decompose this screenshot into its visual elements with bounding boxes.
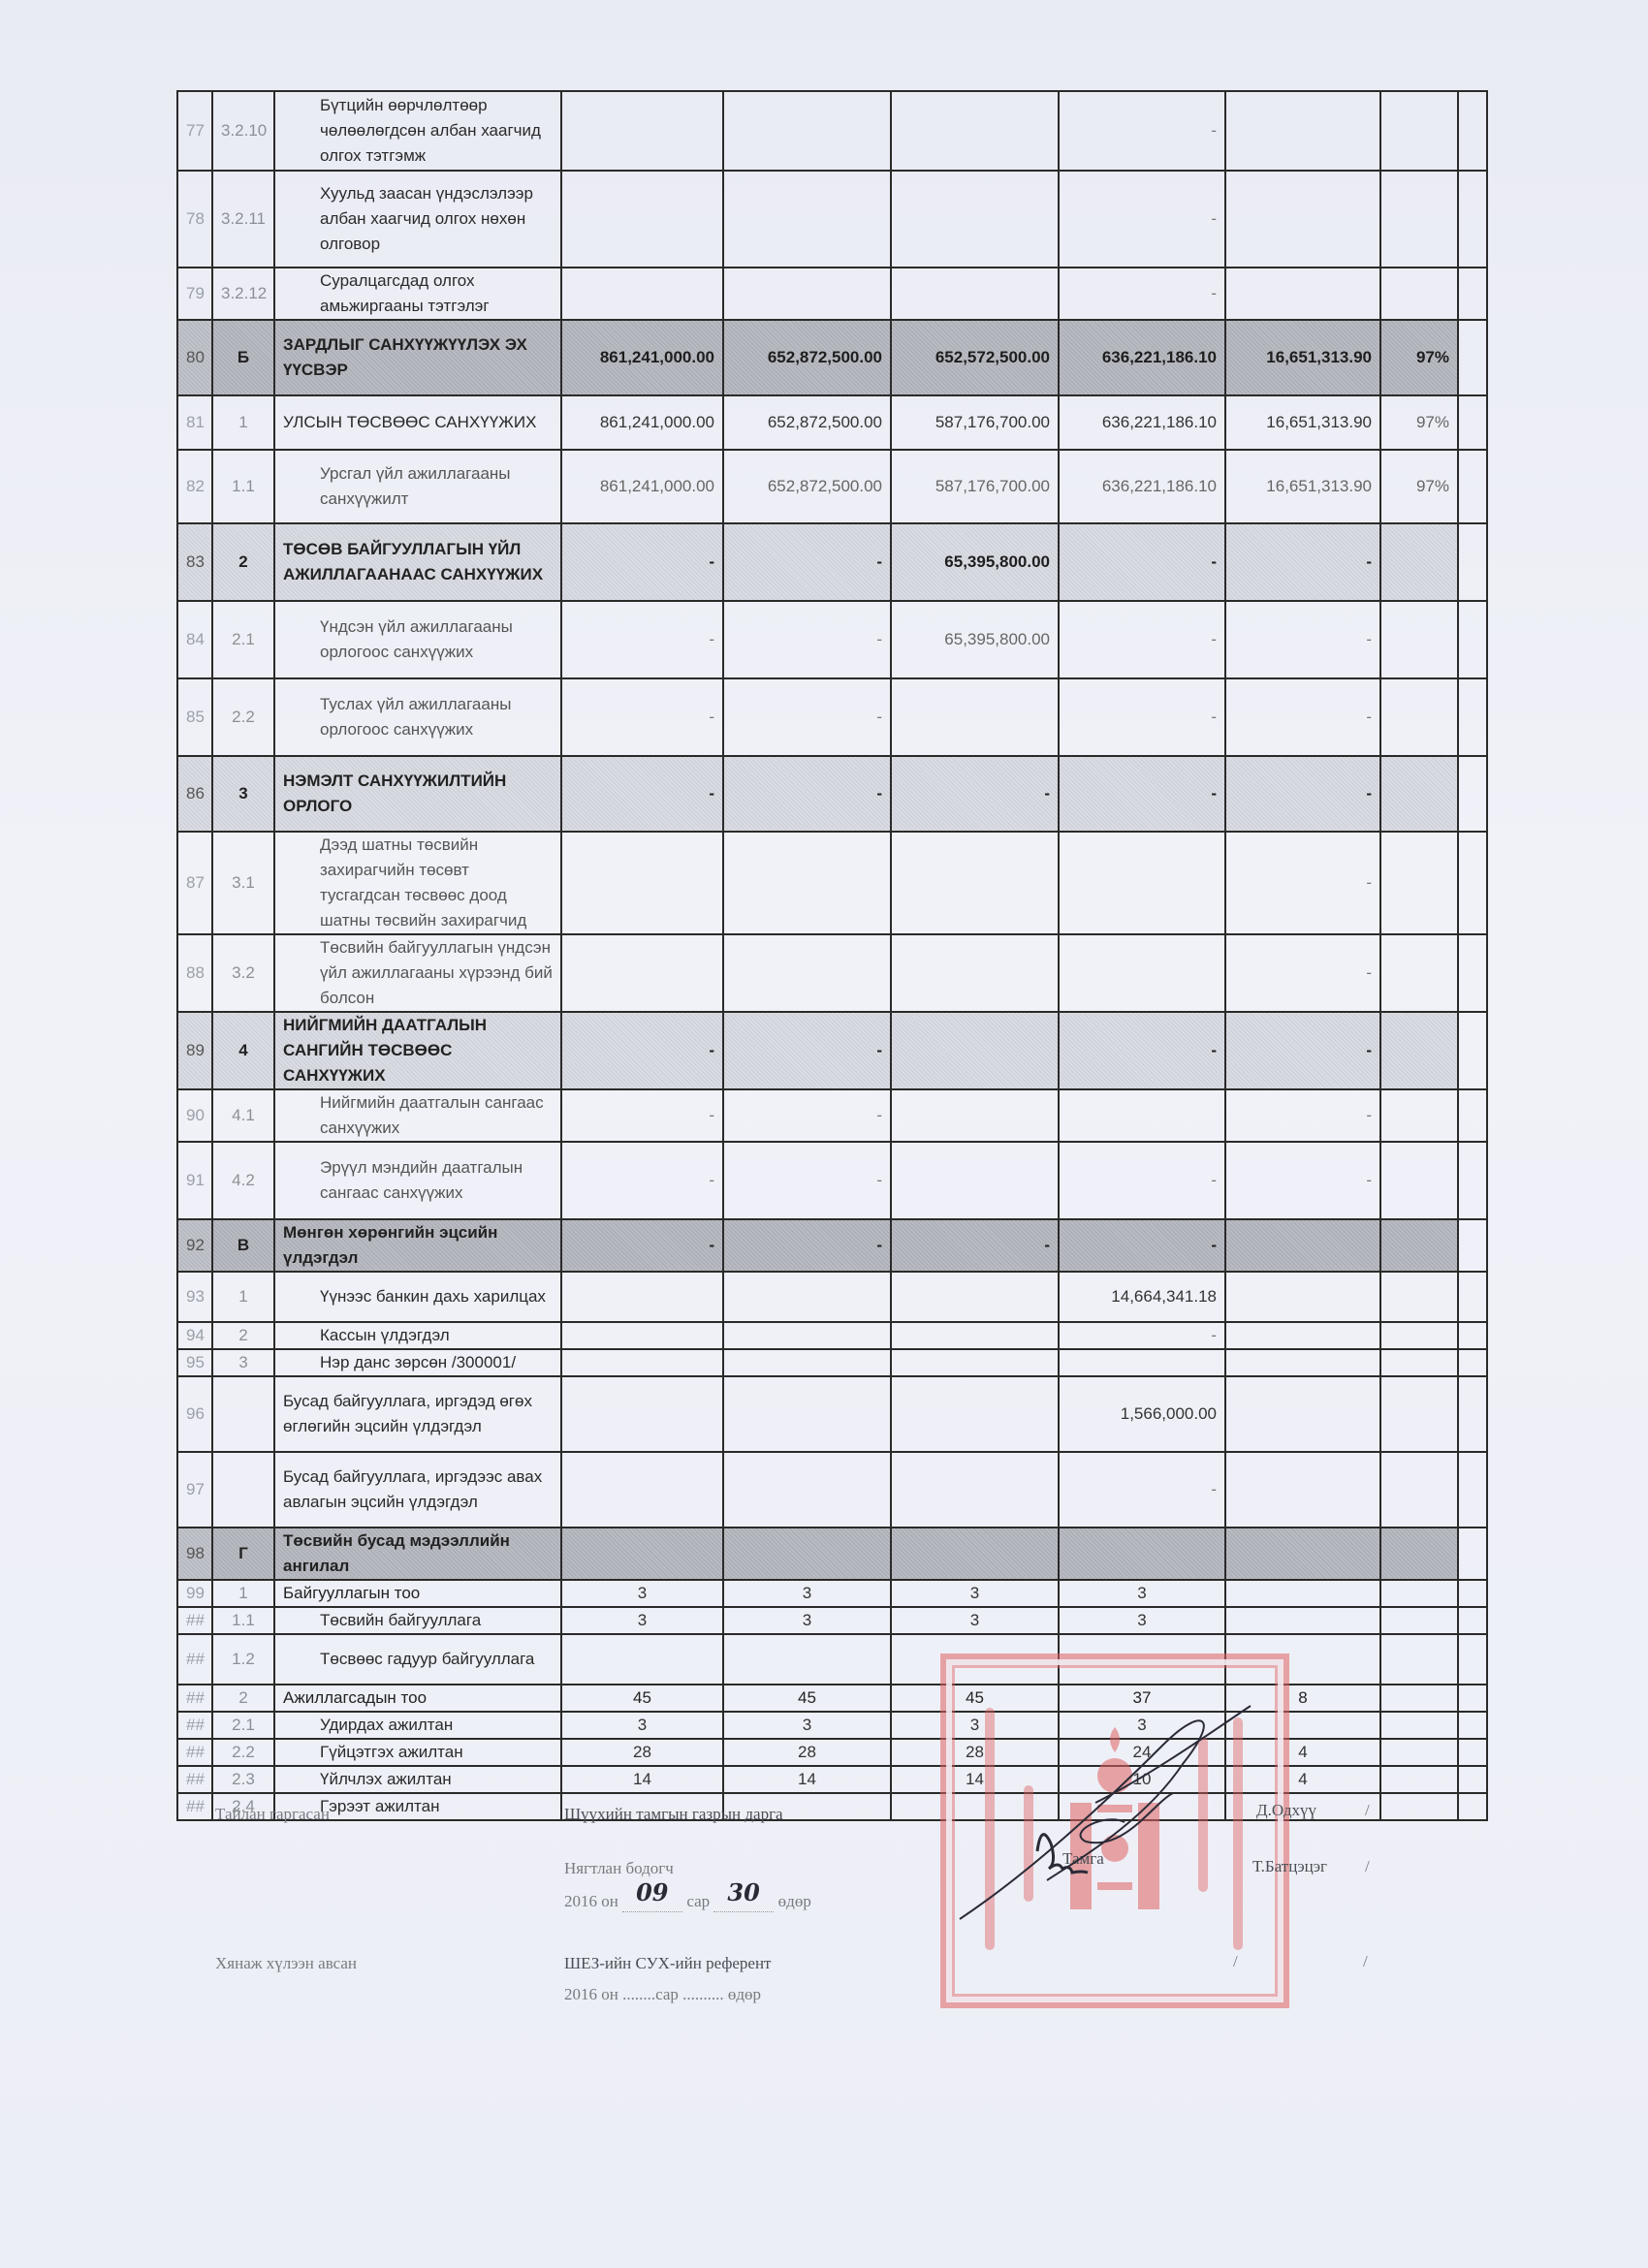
value-col-1 (561, 1793, 723, 1820)
line-description: Үндсэн үйл ажиллагааны орлогоос санхүүжи… (274, 601, 561, 678)
empty-column (1458, 1766, 1487, 1793)
value-col-1 (561, 1528, 723, 1580)
line-code: Г (212, 1528, 274, 1580)
table-row: 832ТӨСӨВ БАЙГУУЛЛАГЫН ҮЙЛ АЖИЛЛАГААНААС … (177, 523, 1487, 601)
value-col-5 (1225, 1322, 1380, 1349)
execution-percent (1380, 1376, 1458, 1452)
value-col-5 (1225, 91, 1380, 171)
execution-percent (1380, 268, 1458, 320)
value-col-1: - (561, 1142, 723, 1219)
execution-percent (1380, 1685, 1458, 1712)
value-col-5: - (1225, 1142, 1380, 1219)
value-col-2: 652,872,500.00 (723, 450, 891, 523)
value-col-2: - (723, 1089, 891, 1142)
value-col-3: 14 (891, 1766, 1059, 1793)
execution-percent (1380, 523, 1458, 601)
line-description: Бусад байгууллага, иргэдээс авах авлагын… (274, 1452, 561, 1528)
value-col-4: - (1059, 1012, 1225, 1089)
row-number: 89 (177, 1012, 212, 1089)
line-description: Төсвөөс гадуур байгууллага (274, 1634, 561, 1685)
line-code: 3 (212, 1349, 274, 1376)
line-description: ЗАРДЛЫГ САНХҮҮЖҮҮЛЭХ ЭХ ҮҮСВЭР (274, 320, 561, 395)
line-description: Төсвийн байгууллагын үндсэн үйл ажиллага… (274, 934, 561, 1012)
value-col-1 (561, 171, 723, 268)
empty-column (1458, 1012, 1487, 1089)
row-number: ## (177, 1793, 212, 1820)
execution-percent (1380, 1452, 1458, 1528)
value-col-3: - (891, 1219, 1059, 1272)
value-col-2 (723, 1376, 891, 1452)
empty-column (1458, 171, 1487, 268)
value-col-3: 3 (891, 1712, 1059, 1739)
execution-percent (1380, 1528, 1458, 1580)
empty-column (1458, 1376, 1487, 1452)
value-col-2: 3 (723, 1580, 891, 1607)
row-number: 86 (177, 756, 212, 832)
line-description: Ажиллагсадын тоо (274, 1685, 561, 1712)
line-description: НЭМЭЛТ САНХҮҮЖИЛТИЙН ОРЛОГО (274, 756, 561, 832)
line-code: 1.2 (212, 1634, 274, 1685)
execution-percent (1380, 1089, 1458, 1142)
empty-column (1458, 678, 1487, 756)
table-row: ##2.1Удирдах ажилтан3333 (177, 1712, 1487, 1739)
execution-percent: 97% (1380, 395, 1458, 450)
value-col-2: 3 (723, 1607, 891, 1634)
value-col-5 (1225, 268, 1380, 320)
value-col-2: - (723, 1219, 891, 1272)
execution-percent (1380, 1580, 1458, 1607)
row-number: 81 (177, 395, 212, 450)
value-col-2: 3 (723, 1712, 891, 1739)
value-col-4: - (1059, 601, 1225, 678)
line-description: Гүйцэтгэх ажилтан (274, 1739, 561, 1766)
row-number: 94 (177, 1322, 212, 1349)
value-col-4: 14,664,341.18 (1059, 1272, 1225, 1322)
value-col-3: 65,395,800.00 (891, 601, 1059, 678)
value-col-1 (561, 832, 723, 934)
table-row: 821.1Урсгал үйл ажиллагааны санхүүжилт86… (177, 450, 1487, 523)
value-col-5: - (1225, 678, 1380, 756)
value-col-3 (891, 268, 1059, 320)
value-col-1 (561, 934, 723, 1012)
line-description: Хуульд заасан үндэслэлээр албан хаагчид … (274, 171, 561, 268)
execution-percent (1380, 678, 1458, 756)
empty-column (1458, 1272, 1487, 1322)
value-col-3: 3 (891, 1607, 1059, 1634)
table-row: ##1.2Төсвөөс гадуур байгууллага (177, 1634, 1487, 1685)
empty-column (1458, 1793, 1487, 1820)
value-col-1: - (561, 523, 723, 601)
execution-percent (1380, 832, 1458, 934)
empty-column (1458, 91, 1487, 171)
line-code: 1.1 (212, 1607, 274, 1634)
value-col-1: - (561, 678, 723, 756)
value-col-3 (891, 171, 1059, 268)
empty-column (1458, 1528, 1487, 1580)
value-col-2 (723, 1793, 891, 1820)
line-description: Гэрээт ажилтан (274, 1793, 561, 1820)
value-col-5: 16,651,313.90 (1225, 395, 1380, 450)
table-row: 842.1Үндсэн үйл ажиллагааны орлогоос сан… (177, 601, 1487, 678)
value-col-5 (1225, 1452, 1380, 1528)
line-code (212, 1452, 274, 1528)
table-row: 942Кассын үлдэгдэл- (177, 1322, 1487, 1349)
value-col-3 (891, 1349, 1059, 1376)
line-code: 2 (212, 523, 274, 601)
value-col-5 (1225, 1528, 1380, 1580)
value-col-5: - (1225, 1012, 1380, 1089)
row-number: ## (177, 1739, 212, 1766)
line-code: 2.1 (212, 1712, 274, 1739)
line-code: 1 (212, 1272, 274, 1322)
row-number: ## (177, 1766, 212, 1793)
line-code: 3.2.12 (212, 268, 274, 320)
value-col-3: 587,176,700.00 (891, 450, 1059, 523)
empty-column (1458, 1607, 1487, 1634)
row-number: 83 (177, 523, 212, 601)
value-col-3: 587,176,700.00 (891, 395, 1059, 450)
table-row: 931Үүнээс банкин дахь харилцах14,664,341… (177, 1272, 1487, 1322)
value-col-2: 652,872,500.00 (723, 395, 891, 450)
value-col-1 (561, 1322, 723, 1349)
value-col-3: 3 (891, 1580, 1059, 1607)
value-col-1: 861,241,000.00 (561, 395, 723, 450)
value-col-1: - (561, 601, 723, 678)
execution-percent (1380, 1219, 1458, 1272)
line-description: Суралцагсдад олгох амьжиргааны тэтгэлэг (274, 268, 561, 320)
value-col-4: - (1059, 1322, 1225, 1349)
execution-percent (1380, 756, 1458, 832)
empty-column (1458, 1142, 1487, 1219)
value-col-2: - (723, 1142, 891, 1219)
row-number: 88 (177, 934, 212, 1012)
value-col-4: - (1059, 1219, 1225, 1272)
value-col-2: 28 (723, 1739, 891, 1766)
value-col-2: - (723, 756, 891, 832)
line-description: Байгууллагын тоо (274, 1580, 561, 1607)
value-col-4: 1,566,000.00 (1059, 1376, 1225, 1452)
row-number: 85 (177, 678, 212, 756)
execution-percent: 97% (1380, 320, 1458, 395)
line-description: Мөнгөн хөрөнгийн эцсийн үлдэгдэл (274, 1219, 561, 1272)
empty-column (1458, 268, 1487, 320)
value-col-3 (891, 1142, 1059, 1219)
value-col-3 (891, 91, 1059, 171)
value-col-2 (723, 832, 891, 934)
row-number: 92 (177, 1219, 212, 1272)
line-code: 4 (212, 1012, 274, 1089)
line-code: 2 (212, 1685, 274, 1712)
table-row: 783.2.11Хуульд заасан үндэслэлээр албан … (177, 171, 1487, 268)
empty-column (1458, 1580, 1487, 1607)
line-code: 1.1 (212, 450, 274, 523)
value-col-3 (891, 1634, 1059, 1685)
execution-percent (1380, 1712, 1458, 1739)
value-col-1: 14 (561, 1766, 723, 1793)
line-code: 1 (212, 395, 274, 450)
value-col-2: - (723, 1012, 891, 1089)
line-description: УЛСЫН ТӨСВӨӨС САНХҮҮЖИХ (274, 395, 561, 450)
value-col-1: 3 (561, 1580, 723, 1607)
table-row: 773.2.10Бүтцийн өөрчлөлтөөр чөлөөлөгдсөн… (177, 91, 1487, 171)
value-col-3 (891, 832, 1059, 934)
value-col-4 (1059, 1349, 1225, 1376)
value-col-3 (891, 1012, 1059, 1089)
line-description: Үүнээс банкин дахь харилцах (274, 1272, 561, 1322)
value-col-5: 4 (1225, 1739, 1380, 1766)
execution-percent (1380, 1142, 1458, 1219)
value-col-4 (1059, 1793, 1225, 1820)
value-col-2 (723, 1634, 891, 1685)
value-col-1: 3 (561, 1607, 723, 1634)
value-col-5 (1225, 171, 1380, 268)
value-col-1: - (561, 1219, 723, 1272)
value-col-3 (891, 1322, 1059, 1349)
value-col-3 (891, 934, 1059, 1012)
execution-percent: 97% (1380, 450, 1458, 523)
line-code: 2.4 (212, 1793, 274, 1820)
line-code: 2.2 (212, 678, 274, 756)
value-col-2: - (723, 601, 891, 678)
value-col-5 (1225, 1219, 1380, 1272)
empty-column (1458, 1322, 1487, 1349)
value-col-4: - (1059, 268, 1225, 320)
value-col-5: - (1225, 756, 1380, 832)
line-code (212, 1376, 274, 1452)
execution-percent (1380, 1012, 1458, 1089)
empty-column (1458, 832, 1487, 934)
row-number: 78 (177, 171, 212, 268)
value-col-5: - (1225, 1089, 1380, 1142)
row-number: 96 (177, 1376, 212, 1452)
value-col-5 (1225, 1793, 1380, 1820)
value-col-1 (561, 91, 723, 171)
value-col-1 (561, 1376, 723, 1452)
value-col-3: - (891, 756, 1059, 832)
empty-column (1458, 1219, 1487, 1272)
value-col-4: 10 (1059, 1766, 1225, 1793)
row-number: ## (177, 1607, 212, 1634)
line-description: Нийгмийн даатгалын сангаас санхүүжих (274, 1089, 561, 1142)
row-number: 84 (177, 601, 212, 678)
row-number: 91 (177, 1142, 212, 1219)
value-col-4: - (1059, 171, 1225, 268)
value-col-1 (561, 1452, 723, 1528)
execution-percent (1380, 1793, 1458, 1820)
value-col-2: - (723, 678, 891, 756)
value-col-5: 16,651,313.90 (1225, 450, 1380, 523)
value-col-5 (1225, 1349, 1380, 1376)
line-code: 2.2 (212, 1739, 274, 1766)
table-row: ##2.2Гүйцэтгэх ажилтан282828244 (177, 1739, 1487, 1766)
value-col-1 (561, 1272, 723, 1322)
row-number: 95 (177, 1349, 212, 1376)
line-description: Нэр данс зөрсөн /300001/ (274, 1349, 561, 1376)
value-col-4: - (1059, 1142, 1225, 1219)
value-col-4 (1059, 1634, 1225, 1685)
row-number: ## (177, 1685, 212, 1712)
empty-column (1458, 601, 1487, 678)
value-col-2 (723, 1528, 891, 1580)
table-row: 904.1Нийгмийн даатгалын сангаас санхүүжи… (177, 1089, 1487, 1142)
empty-column (1458, 395, 1487, 450)
line-description: Бусад байгууллага, иргэдэд өгөх өглөгийн… (274, 1376, 561, 1452)
line-code: 4.1 (212, 1089, 274, 1142)
line-description: ТӨСӨВ БАЙГУУЛЛАГЫН ҮЙЛ АЖИЛЛАГААНААС САН… (274, 523, 561, 601)
line-code: 3.2.10 (212, 91, 274, 171)
execution-percent (1380, 1634, 1458, 1685)
value-col-2: 45 (723, 1685, 891, 1712)
value-col-1 (561, 1349, 723, 1376)
value-col-5 (1225, 1712, 1380, 1739)
execution-percent (1380, 934, 1458, 1012)
empty-column (1458, 1685, 1487, 1712)
report-table-body: 773.2.10Бүтцийн өөрчлөлтөөр чөлөөлөгдсөн… (177, 91, 1487, 1820)
row-number: ## (177, 1712, 212, 1739)
value-col-2 (723, 91, 891, 171)
value-col-5: - (1225, 934, 1380, 1012)
line-description: Кассын үлдэгдэл (274, 1322, 561, 1349)
value-col-4: 37 (1059, 1685, 1225, 1712)
table-row: 883.2Төсвийн байгууллагын үндсэн үйл ажи… (177, 934, 1487, 1012)
table-row: 92ВМөнгөн хөрөнгийн эцсийн үлдэгдэл---- (177, 1219, 1487, 1272)
empty-column (1458, 1089, 1487, 1142)
table-row: 793.2.12Суралцагсдад олгох амьжиргааны т… (177, 268, 1487, 320)
line-description: Үйлчлэх ажилтан (274, 1766, 561, 1793)
value-col-3: 65,395,800.00 (891, 523, 1059, 601)
value-col-1 (561, 268, 723, 320)
table-row: 852.2Туслах үйл ажиллагааны орлогоос сан… (177, 678, 1487, 756)
value-col-5: 16,651,313.90 (1225, 320, 1380, 395)
row-number: 77 (177, 91, 212, 171)
table-row: ##1.1Төсвийн байгууллага3333 (177, 1607, 1487, 1634)
execution-percent (1380, 1739, 1458, 1766)
execution-percent (1380, 91, 1458, 171)
value-col-3 (891, 1376, 1059, 1452)
value-col-1: 28 (561, 1739, 723, 1766)
empty-column (1458, 523, 1487, 601)
empty-column (1458, 320, 1487, 395)
value-col-1: 45 (561, 1685, 723, 1712)
table-row: 991Байгууллагын тоо3333 (177, 1580, 1487, 1607)
value-col-3 (891, 1528, 1059, 1580)
line-code: Б (212, 320, 274, 395)
line-description: Төсвийн бусад мэдээллийн ангилал (274, 1528, 561, 1580)
line-description: Удирдах ажилтан (274, 1712, 561, 1739)
execution-percent (1380, 601, 1458, 678)
empty-column (1458, 756, 1487, 832)
line-code: 3.2.11 (212, 171, 274, 268)
execution-percent (1380, 1766, 1458, 1793)
value-col-4 (1059, 1089, 1225, 1142)
value-col-5 (1225, 1272, 1380, 1322)
line-description: Төсвийн байгууллага (274, 1607, 561, 1634)
line-description: НИЙГМИЙН ДААТГАЛЫН САНГИЙН ТӨСВӨӨС САНХҮ… (274, 1012, 561, 1089)
value-col-2: - (723, 523, 891, 601)
row-number: 87 (177, 832, 212, 934)
value-col-4 (1059, 934, 1225, 1012)
empty-column (1458, 1739, 1487, 1766)
line-code: 4.2 (212, 1142, 274, 1219)
value-col-5: - (1225, 523, 1380, 601)
value-col-5 (1225, 1634, 1380, 1685)
line-code: 3.2 (212, 934, 274, 1012)
value-col-5: 4 (1225, 1766, 1380, 1793)
value-col-4: - (1059, 756, 1225, 832)
value-col-3: 652,572,500.00 (891, 320, 1059, 395)
value-col-3 (891, 1452, 1059, 1528)
line-code: 2.3 (212, 1766, 274, 1793)
value-col-2 (723, 1272, 891, 1322)
line-code: В (212, 1219, 274, 1272)
value-col-3 (891, 1089, 1059, 1142)
table-row: ##2.4Гэрээт ажилтан (177, 1793, 1487, 1820)
value-col-5 (1225, 1376, 1380, 1452)
value-col-5: - (1225, 601, 1380, 678)
line-description: Бүтцийн өөрчлөлтөөр чөлөөлөгдсөн албан х… (274, 91, 561, 171)
table-row: 873.1Дээд шатны төсвийн захирагчийн төсө… (177, 832, 1487, 934)
value-col-4: 636,221,186.10 (1059, 320, 1225, 395)
value-col-2 (723, 934, 891, 1012)
value-col-1 (561, 1634, 723, 1685)
execution-percent (1380, 1322, 1458, 1349)
table-row: 96Бусад байгууллага, иргэдэд өгөх өглөги… (177, 1376, 1487, 1452)
value-col-1: - (561, 1012, 723, 1089)
value-col-4: 3 (1059, 1580, 1225, 1607)
execution-percent (1380, 1607, 1458, 1634)
table-row: 80БЗАРДЛЫГ САНХҮҮЖҮҮЛЭХ ЭХ ҮҮСВЭР861,241… (177, 320, 1487, 395)
line-description: Дээд шатны төсвийн захирагчийн төсөвт ту… (274, 832, 561, 934)
row-number: ## (177, 1634, 212, 1685)
value-col-3 (891, 1793, 1059, 1820)
value-col-5: 8 (1225, 1685, 1380, 1712)
empty-column (1458, 450, 1487, 523)
empty-column (1458, 934, 1487, 1012)
value-col-5 (1225, 1607, 1380, 1634)
table-row: 953Нэр данс зөрсөн /300001/ (177, 1349, 1487, 1376)
value-col-4: - (1059, 91, 1225, 171)
value-col-2 (723, 1349, 891, 1376)
value-col-2: 14 (723, 1766, 891, 1793)
row-number: 98 (177, 1528, 212, 1580)
value-col-4 (1059, 1528, 1225, 1580)
value-col-2 (723, 171, 891, 268)
value-col-1: - (561, 756, 723, 832)
value-col-5 (1225, 1580, 1380, 1607)
execution-percent (1380, 171, 1458, 268)
value-col-3: 45 (891, 1685, 1059, 1712)
line-description: Туслах үйл ажиллагааны орлогоос санхүүжи… (274, 678, 561, 756)
line-code: 3.1 (212, 832, 274, 934)
value-col-1: 861,241,000.00 (561, 450, 723, 523)
line-code: 1 (212, 1580, 274, 1607)
table-row: 894НИЙГМИЙН ДААТГАЛЫН САНГИЙН ТӨСВӨӨС СА… (177, 1012, 1487, 1089)
value-col-4: - (1059, 523, 1225, 601)
table-row: ##2.3Үйлчлэх ажилтан141414104 (177, 1766, 1487, 1793)
empty-column (1458, 1634, 1487, 1685)
value-col-1: 3 (561, 1712, 723, 1739)
row-number: 90 (177, 1089, 212, 1142)
empty-column (1458, 1349, 1487, 1376)
execution-percent (1380, 1349, 1458, 1376)
value-col-3 (891, 1272, 1059, 1322)
line-description: Урсгал үйл ажиллагааны санхүүжилт (274, 450, 561, 523)
value-col-4: - (1059, 678, 1225, 756)
table-row: 914.2Эрүүл мэндийн даатгалын сангаас сан… (177, 1142, 1487, 1219)
value-col-5: - (1225, 832, 1380, 934)
value-col-2: 652,872,500.00 (723, 320, 891, 395)
value-col-4: 3 (1059, 1607, 1225, 1634)
